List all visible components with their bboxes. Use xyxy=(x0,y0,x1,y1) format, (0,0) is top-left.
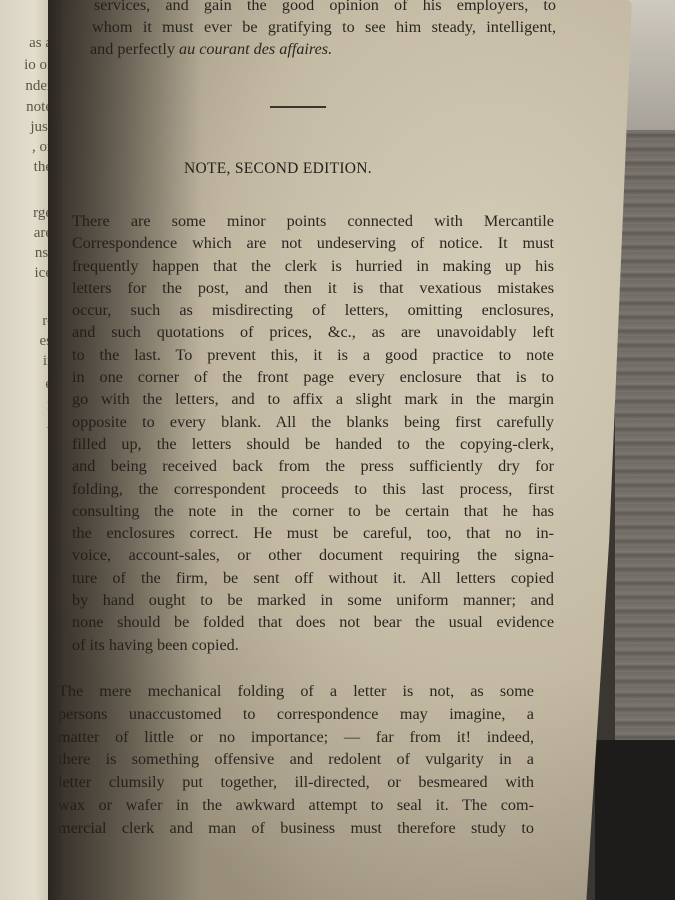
text-line: to the last. To prevent this, it is a go… xyxy=(72,344,554,366)
text-line: wax or wafer in the awkward attempt to s… xyxy=(58,794,534,817)
text-line: none should be folded that does not bear… xyxy=(72,611,554,633)
text-line: frequently happen that the clerk is hurr… xyxy=(72,255,554,277)
text-line: of its having been copied. xyxy=(72,634,554,656)
text-line: persons unaccustomed to correspondence m… xyxy=(58,703,534,726)
text-line: in one corner of the front page every en… xyxy=(72,366,554,388)
section-heading: NOTE, SECOND EDITION. xyxy=(184,160,372,178)
text-line: by hand ought to be marked in some unifo… xyxy=(72,589,554,611)
text-line: letter clumsily put together, ill-direct… xyxy=(58,771,534,794)
text-line: whom it must ever be gratifying to see h… xyxy=(90,16,556,38)
text-line: services, and gain the good opinion of h… xyxy=(90,0,556,16)
carry-over-text: services, and gain the good opinion of h… xyxy=(90,0,556,60)
paragraph-2: The mere mechanical folding of a letter … xyxy=(58,680,534,840)
text-line: and such quotations of prices, &c., as a… xyxy=(72,321,554,343)
text-line: The mere mechanical folding of a letter … xyxy=(58,680,534,703)
text-line: Correspondence which are not undeserving… xyxy=(72,232,554,254)
text-line: matter of little or no importance; — far… xyxy=(58,726,534,749)
text-line: opposite to every blank. All the blanks … xyxy=(72,411,554,433)
italic-phrase: au courant des affaires. xyxy=(179,40,332,58)
text-line: voice, account-sales, or other document … xyxy=(72,544,554,566)
background-shadow xyxy=(595,740,675,900)
text-line: and perfectly au courant des affaires. xyxy=(90,38,556,60)
text-line: consulting the note in the corner to be … xyxy=(72,500,554,522)
text-line: the enclosures correct. He must be caref… xyxy=(72,522,554,544)
text-line: filled up, the letters should be handed … xyxy=(72,433,554,455)
text-line: letters for the post, and then it is tha… xyxy=(72,277,554,299)
text-line: go with the letters, and to affix a slig… xyxy=(72,388,554,410)
text-line: and being received back from the press s… xyxy=(72,455,554,477)
text-line: ture of the firm, be sent off without it… xyxy=(72,567,554,589)
text-line: There are some minor points connected wi… xyxy=(72,210,554,232)
section-divider-rule xyxy=(270,106,326,108)
text-line: occur, such as misdirecting of letters, … xyxy=(72,299,554,321)
text-line-prefix: and perfectly xyxy=(90,40,179,58)
paragraph-1: There are some minor points connected wi… xyxy=(72,210,554,656)
text-line: mercial clerk and man of business must t… xyxy=(58,817,534,840)
text-line: folding, the correspondent proceeds to t… xyxy=(72,478,554,500)
text-line: there is something offensive and redolen… xyxy=(58,748,534,771)
